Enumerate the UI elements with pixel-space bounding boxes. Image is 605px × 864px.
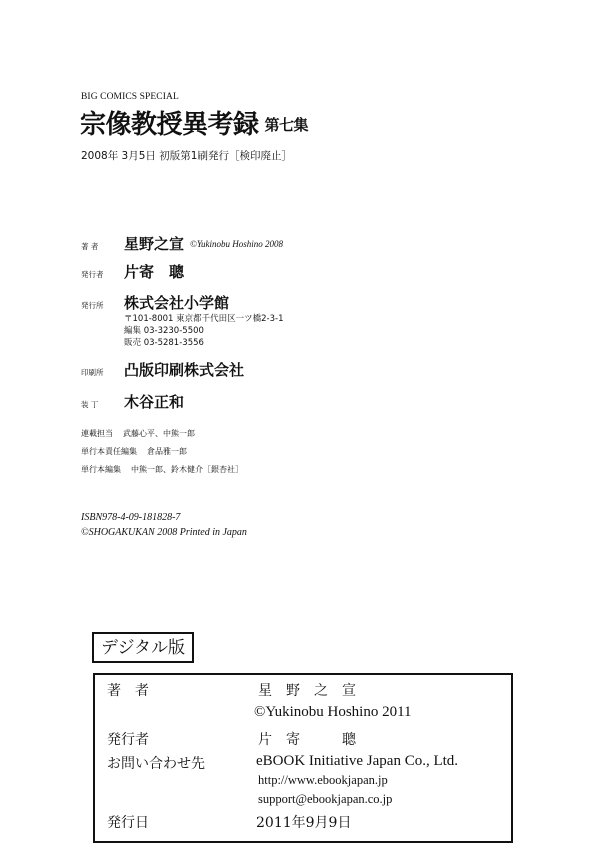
staff-row: 単行本編集中熊一郎、鈴木健介［銀杏社］ — [81, 464, 243, 475]
print-copyright: ©SHOGAKUKAN 2008 Printed in Japan — [81, 527, 247, 538]
publisher-name: 片寄 聰 — [124, 261, 184, 282]
designer-name: 木谷正和 — [124, 391, 184, 412]
staff-row: 単行本責任編集倉品雅一郎 — [81, 446, 187, 457]
digital-publisher-name: 片 寄 聰 — [258, 729, 356, 749]
digital-contact-url[interactable]: http://www.ebookjapan.jp — [258, 773, 388, 788]
digital-date-label: 発行日 — [107, 812, 149, 832]
publishing-house-label: 発行所 — [81, 300, 104, 311]
author-copyright: ©Yukinobu Hoshino 2008 — [190, 239, 283, 249]
author-label: 著 者 — [81, 241, 98, 252]
staff-role: 単行本編集 — [81, 465, 121, 474]
printer-label: 印刷所 — [81, 367, 104, 378]
digital-contact-email[interactable]: support@ebookjapan.co.jp — [258, 792, 392, 807]
publisher-label: 発行者 — [81, 269, 104, 280]
digital-author-name: 星 野 之 宣 — [258, 680, 356, 700]
phone-editorial: 編集 03-3230-5500 — [124, 325, 204, 337]
phone-sales: 販売 03-5281-3556 — [124, 337, 204, 349]
staff-role: 単行本責任編集 — [81, 447, 137, 456]
author-value: 星野之宣©Yukinobu Hoshino 2008 — [124, 233, 283, 254]
publisher-address: 〒101-8001 東京都千代田区一ツ橋2-3-1 — [124, 313, 283, 325]
digital-date-value: 2011年9月9日 — [256, 812, 351, 832]
printer-name: 凸版印刷株式会社 — [124, 359, 244, 380]
digital-author-copyright: ©Yukinobu Hoshino 2011 — [254, 704, 412, 721]
digital-edition-tag: デジタル版 — [92, 632, 194, 663]
digital-contact-label: お問い合わせ先 — [107, 753, 205, 773]
staff-role: 連載担当 — [81, 429, 113, 438]
digital-contact-company: eBOOK Initiative Japan Co., Ltd. — [256, 753, 458, 770]
digital-publisher-label: 発行者 — [107, 729, 149, 749]
digital-author-label: 著 者 — [107, 680, 149, 700]
volume-number: 第七集 — [265, 116, 309, 134]
designer-label: 装 丁 — [81, 399, 98, 410]
book-title: 宗像教授異考録第七集 — [80, 104, 308, 141]
staff-row: 連載担当武藤心平、中熊一郎 — [81, 428, 195, 439]
series-name: BIG COMICS SPECIAL — [81, 92, 179, 102]
staff-names: 倉品雅一郎 — [147, 447, 187, 456]
publication-date: 2008年 3月5日 初版第1刷発行［検印廃止］ — [81, 148, 292, 163]
staff-names: 武藤心平、中熊一郎 — [123, 429, 195, 438]
title-text: 宗像教授異考録 — [80, 110, 259, 140]
isbn: ISBN978-4-09-181828-7 — [81, 512, 180, 523]
author-name: 星野之宣 — [124, 235, 184, 253]
publishing-house-name: 株式会社小学館 — [124, 292, 229, 313]
staff-names: 中熊一郎、鈴木健介［銀杏社］ — [131, 465, 243, 474]
